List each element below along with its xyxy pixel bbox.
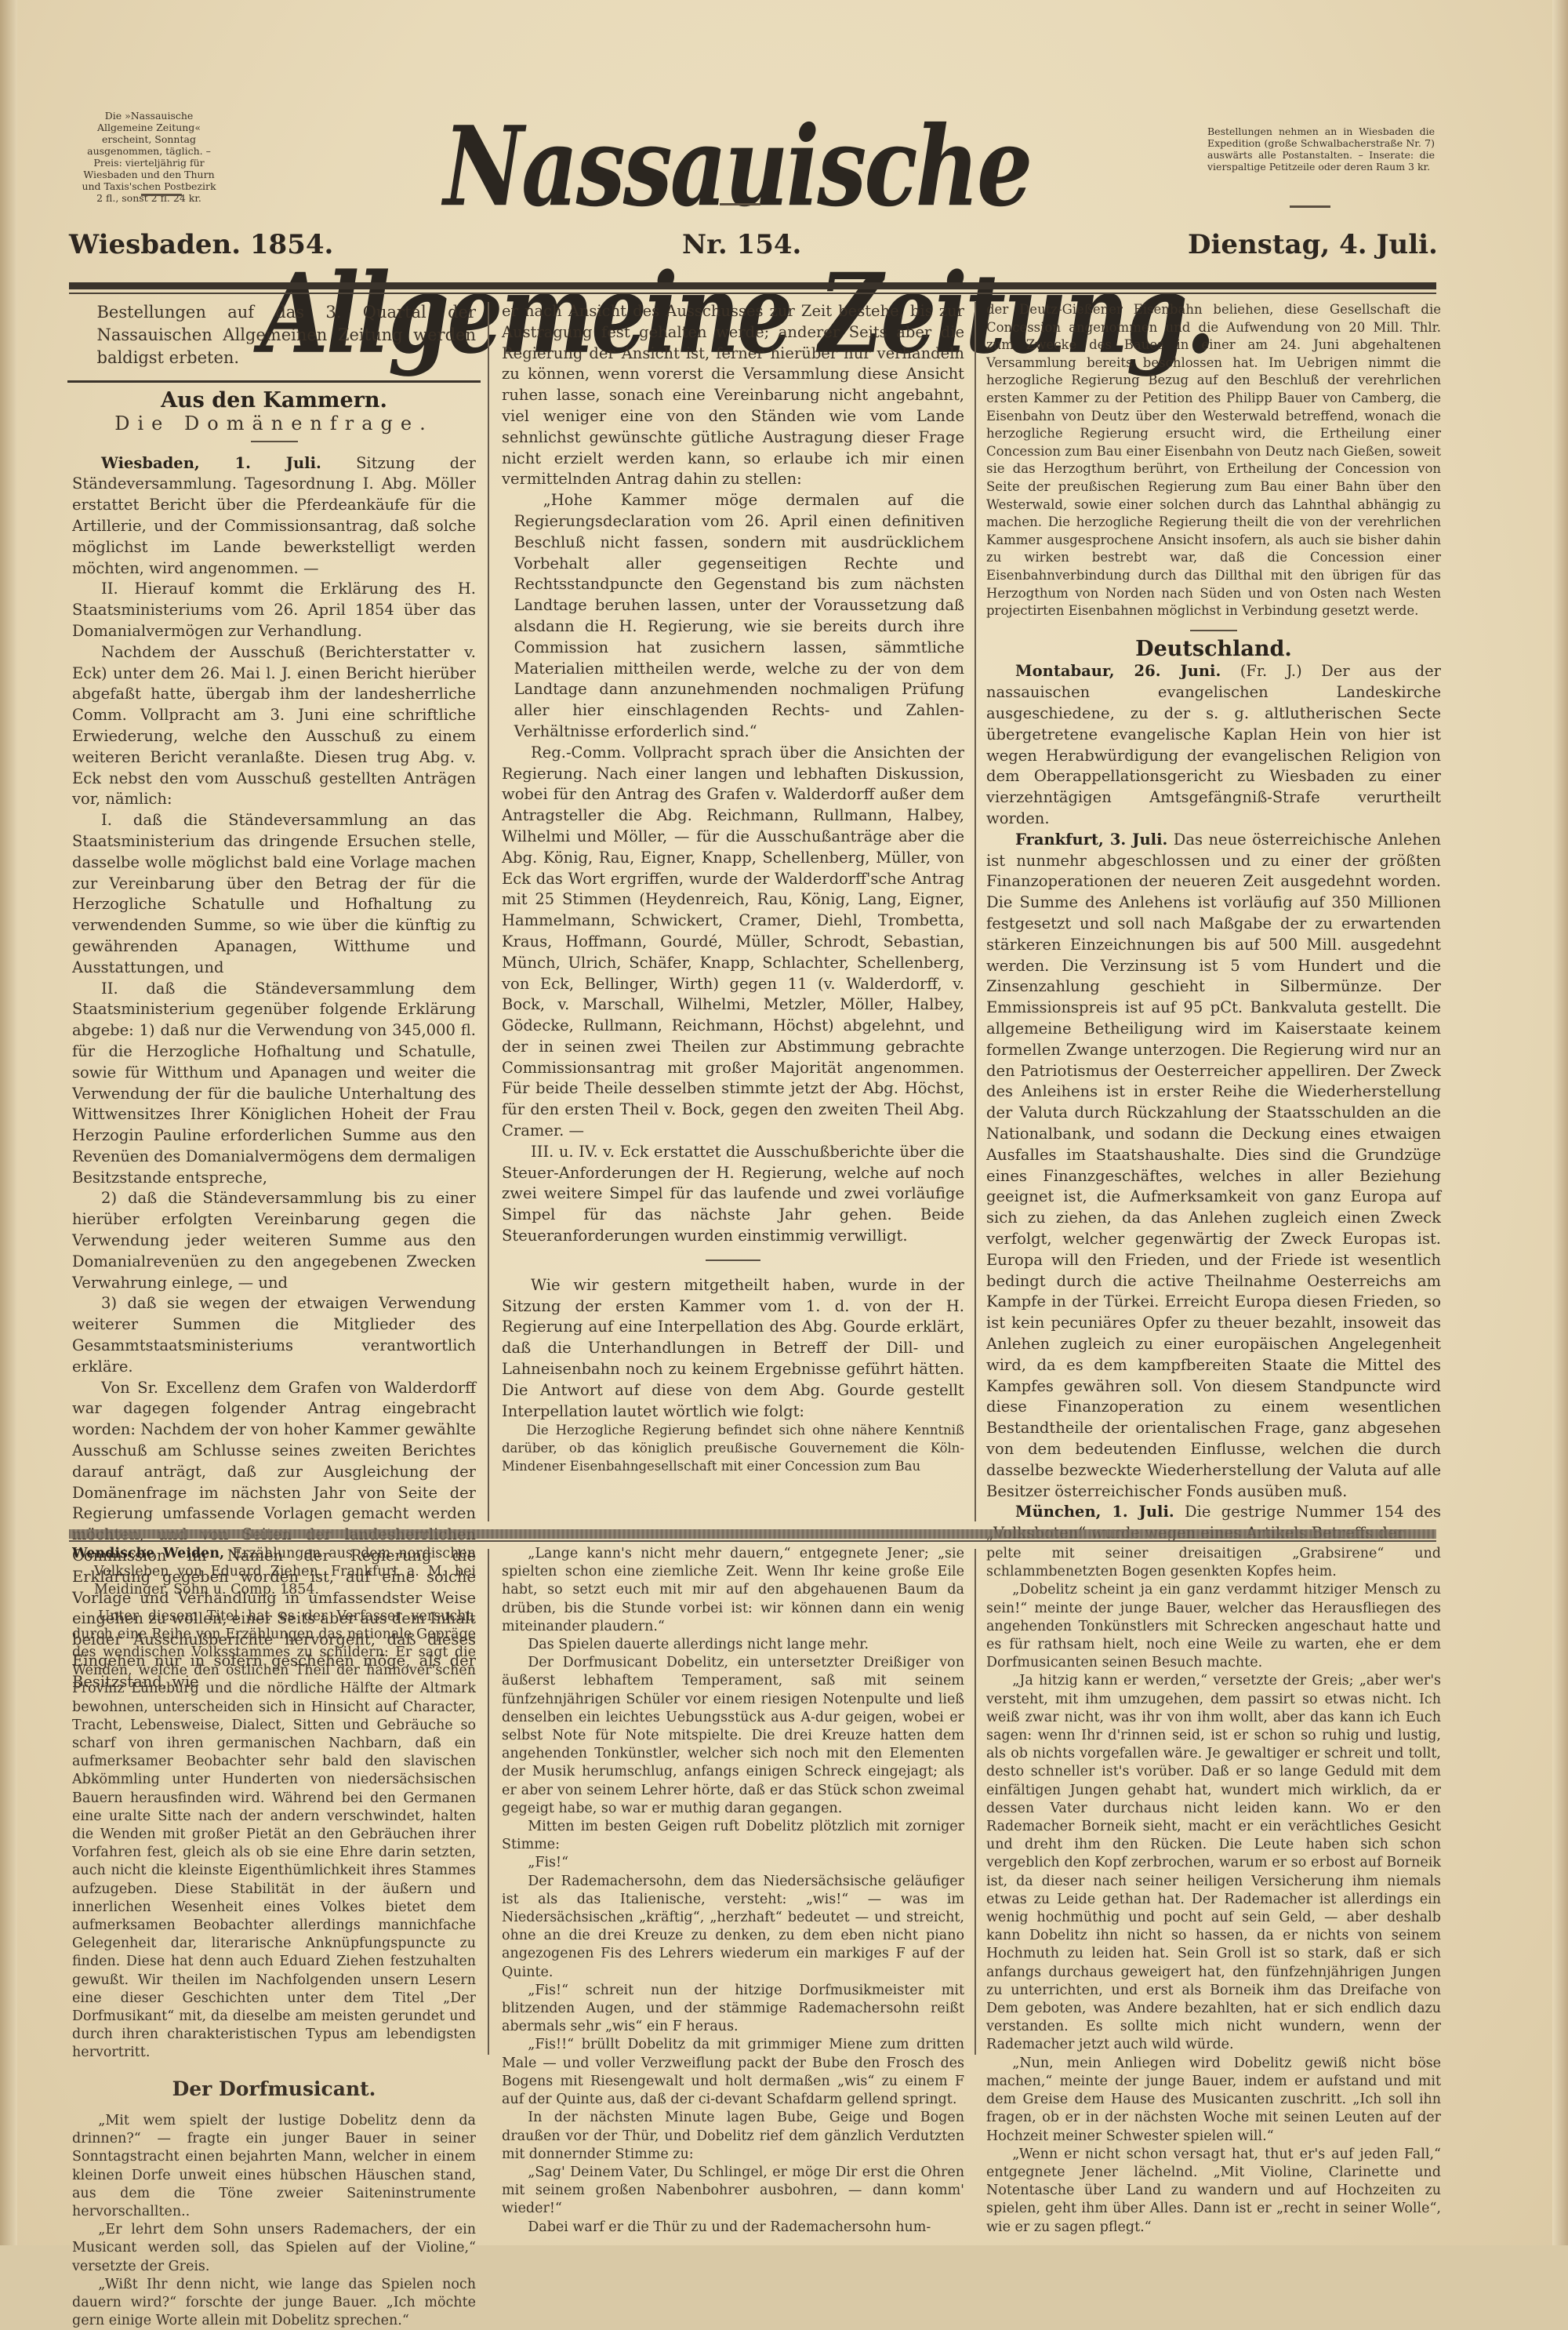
story-paragraph: „Sag' Deinem Vater, Du Schlingel, er mög… bbox=[502, 2164, 964, 2219]
column-divider bbox=[488, 1549, 489, 2055]
story-title: Der Dorfmusicant. bbox=[72, 2080, 476, 2098]
story-paragraph: „Er lehrt dem Sohn unsers Rademachers, d… bbox=[72, 2221, 476, 2245]
ornament-rule bbox=[1290, 205, 1330, 208]
article-paragraph: Wiesbaden, 1. Juli. Sitzung der Ständeve… bbox=[72, 453, 476, 580]
story-paragraph: Das Spielen dauerte allerdings nicht lan… bbox=[502, 1636, 964, 1654]
story-paragraph: „Dobelitz scheint ja ein ganz verdammt h… bbox=[986, 1581, 1441, 1672]
review-paragraph: Unter diesem Titel hat es der Verfasser … bbox=[72, 1608, 476, 2063]
article-paragraph: I. daß die Ständeversammlung an das Staa… bbox=[72, 810, 476, 978]
story-paragraph: „Ja hitzig kann er werden,“ versetzte de… bbox=[986, 1672, 1441, 2054]
article-paragraph-small: der Deutz-Gießener Eisenbahn beliehen, d… bbox=[986, 301, 1441, 620]
article-paragraph: 2) daß die Ständeversammlung bis zu eine… bbox=[72, 1188, 476, 1293]
article-paragraph: 3) daß sie wegen der etwaigen Verwendung… bbox=[72, 1293, 476, 1377]
ornament-dash bbox=[706, 1260, 760, 1261]
motion-quote: „Hohe Kammer möge dermalen auf die Regie… bbox=[502, 490, 964, 743]
section-subtitle: Die Domänenfrage. bbox=[72, 413, 476, 434]
ornament-rule bbox=[720, 203, 760, 205]
article-paragraph: Nachdem der Ausschuß (Berichterstatter v… bbox=[72, 642, 476, 810]
story-paragraph: „Mit wem spielt der lustige Dobelitz den… bbox=[72, 2112, 476, 2221]
story-paragraph: pelte mit seiner dreisaitigen „Grabsiren… bbox=[986, 1545, 1441, 1581]
article-paragraph: III. u. IV. v. Eck erstattet die Ausschu… bbox=[502, 1142, 964, 1247]
date: Dienstag, 4. Juli. bbox=[1188, 229, 1438, 260]
feuilleton-rule-thin bbox=[69, 1540, 1436, 1542]
masthead-rule-thin bbox=[69, 293, 1436, 294]
story-paragraph: „Fis!“ schreit nun der hitzige Dorfmusik… bbox=[502, 1982, 964, 2037]
column-divider bbox=[975, 302, 976, 1521]
newspaper-page: Die »Nassauische Allgemeine Zeitung« ers… bbox=[0, 0, 1568, 2245]
story-paragraph: „Nun, mein Anliegen wird Dobelitz gewiß … bbox=[986, 2055, 1441, 2146]
column-1: Bestellungen auf das 3. Quartal der Nass… bbox=[72, 301, 476, 1693]
story-paragraph: „Fis!!“ brüllt Dobelitz da mit grimmiger… bbox=[502, 2036, 964, 2109]
story-paragraph: Der Dorfmusicant Dobelitz, ein untersetz… bbox=[502, 1654, 964, 1818]
ornament-rule bbox=[141, 194, 182, 196]
feuilleton-column-3: pelte mit seiner dreisaitigen „Grabsiren… bbox=[986, 1545, 1441, 2237]
feuilleton-column-2: „Lange kann's nicht mehr dauern,“ entgeg… bbox=[502, 1545, 964, 2237]
feuilleton-rule bbox=[69, 1529, 1436, 1539]
newspaper-title: Nassauische Allgemeine Zeitung. bbox=[259, 94, 1215, 242]
subscription-info: Die »Nassauische Allgemeine Zeitung« ers… bbox=[78, 110, 220, 204]
column-divider bbox=[975, 1549, 976, 2055]
story-paragraph: „Wenn er nicht schon versagt hat, thut e… bbox=[986, 2146, 1441, 2237]
article-paragraph: er nach Ansicht des Ausschusses zur Zeit… bbox=[502, 301, 964, 490]
section-title: Aus den Kammern. bbox=[72, 391, 476, 412]
article-paragraph: Frankfurt, 3. Juli. Das neue österreichi… bbox=[986, 830, 1441, 1503]
story-paragraph: Der Rademachersohn, dem das Niedersächsi… bbox=[502, 1873, 964, 1982]
story-paragraph: „Fis!“ bbox=[502, 1854, 964, 1872]
article-paragraph: II. daß die Ständeversammlung dem Staats… bbox=[72, 979, 476, 1189]
article-paragraph: Reg.-Comm. Vollpracht sprach über die An… bbox=[502, 743, 964, 1142]
column-2: er nach Ansicht des Ausschusses zur Zeit… bbox=[502, 301, 964, 1475]
feuilleton-column-1: Wendische Weiden, Erzählungen aus dem no… bbox=[72, 1545, 476, 2245]
story-paragraph: In der nächsten Minute lagen Bube, Geige… bbox=[502, 2109, 964, 2164]
article-paragraph: II. Hierauf kommt die Erklärung des H. S… bbox=[72, 579, 476, 642]
article-paragraph-small: Die Herzogliche Regierung befindet sich … bbox=[502, 1422, 964, 1475]
story-paragraph: Mitten im besten Geigen ruft Dobelitz pl… bbox=[502, 1818, 964, 1854]
article-paragraph: Montabaur, 26. Juni. (Fr. J.) Der aus de… bbox=[986, 661, 1441, 829]
column-3: der Deutz-Gießener Eisenbahn beliehen, d… bbox=[986, 301, 1441, 1544]
notice-rule bbox=[67, 380, 481, 383]
story-paragraph: Dabei warf er die Thür zu und der Radema… bbox=[502, 2219, 964, 2237]
ornament-dash bbox=[1190, 630, 1237, 631]
column-divider bbox=[488, 302, 489, 1521]
order-info: Bestellungen nehmen an in Wiesbaden die … bbox=[1207, 125, 1435, 173]
article-paragraph: Wie wir gestern mitgetheilt haben, wurde… bbox=[502, 1275, 964, 1423]
issue-number: Nr. 154. bbox=[682, 229, 801, 260]
masthead-rule bbox=[69, 282, 1436, 289]
subscription-notice: Bestellungen auf das 3. Quartal der Nass… bbox=[72, 301, 476, 369]
story-paragraph: „Lange kann's nicht mehr dauern,“ entgeg… bbox=[502, 1545, 964, 1636]
section-title: Deutschland. bbox=[986, 639, 1441, 660]
book-citation: Wendische Weiden, Erzählungen aus dem no… bbox=[72, 1545, 476, 1600]
place-year: Wiesbaden. 1854. bbox=[69, 229, 333, 260]
ornament-dash bbox=[251, 441, 298, 442]
